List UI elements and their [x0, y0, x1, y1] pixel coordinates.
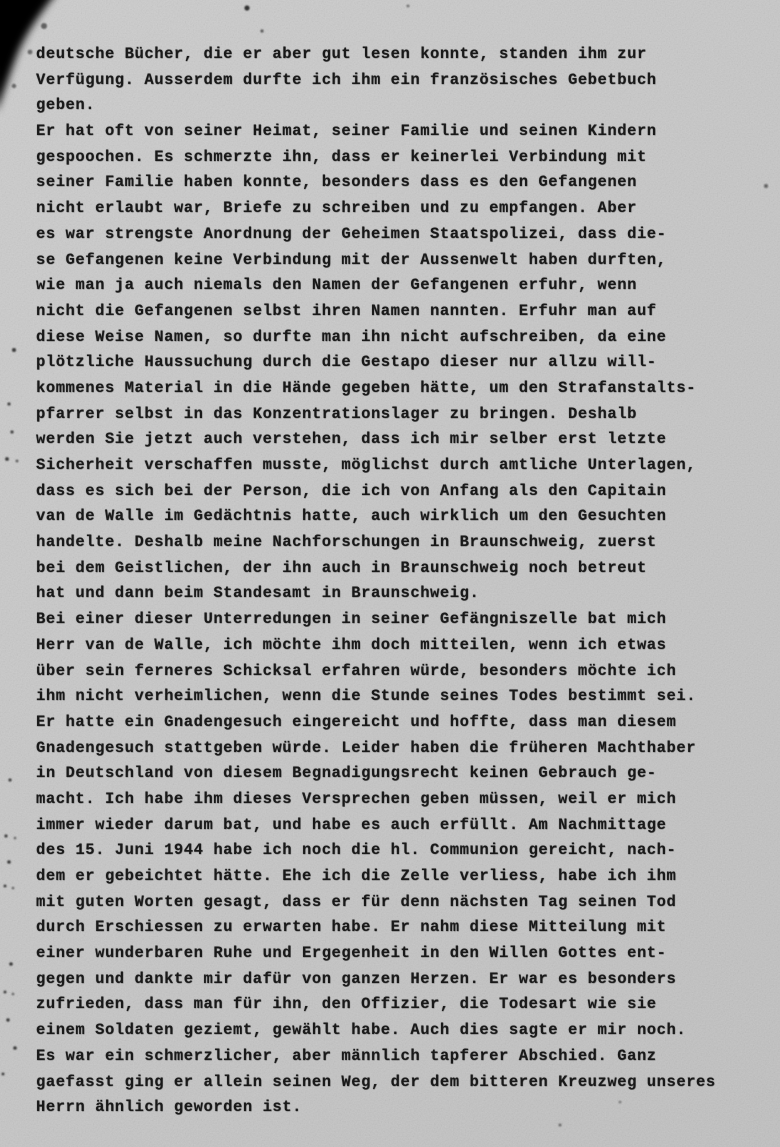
- text-line: Herrn ähnlich geworden ist.: [36, 1095, 760, 1121]
- text-line: kommenes Material in die Hände gegeben h…: [36, 376, 760, 402]
- text-line: durch Erschiessen zu erwarten habe. Er n…: [36, 915, 760, 941]
- text-line: geben.: [36, 93, 760, 119]
- text-line: einem Soldaten geziemt, gewählt habe. Au…: [36, 1018, 760, 1044]
- text-line: ihm nicht verheimlichen, wenn die Stunde…: [36, 684, 760, 710]
- text-line: gegen und dankte mir dafür von ganzen He…: [36, 967, 760, 993]
- text-line: seiner Familie haben konnte, besonders d…: [36, 170, 760, 196]
- text-line: deutsche Bücher, die er aber gut lesen k…: [36, 42, 760, 68]
- text-line: Herr van de Walle, ich möchte ihm doch m…: [36, 633, 760, 659]
- text-line: gaefasst ging er allein seinen Weg, der …: [36, 1070, 760, 1096]
- text-line: van de Walle im Gedächtnis hatte, auch w…: [36, 504, 760, 530]
- text-line: Sicherheit verschaffen musste, möglichst…: [36, 453, 760, 479]
- text-line: dass es sich bei der Person, die ich von…: [36, 479, 760, 505]
- text-line: Es war ein schmerzlicher, aber männlich …: [36, 1044, 760, 1070]
- text-line: nicht die Gefangenen selbst ihren Namen …: [36, 299, 760, 325]
- text-line: pfarrer selbst in das Konzentrationslage…: [36, 402, 760, 428]
- text-line: über sein ferneres Schicksal erfahren wü…: [36, 659, 760, 685]
- text-line: mit guten Worten gesagt, dass er für den…: [36, 890, 760, 916]
- text-line: Er hatte ein Gnadengesuch eingereicht un…: [36, 710, 760, 736]
- text-line: Er hat oft von seiner Heimat, seiner Fam…: [36, 119, 760, 145]
- text-line: se Gefangenen keine Verbindung mit der A…: [36, 248, 760, 274]
- text-line: macht. Ich habe ihm dieses Versprechen g…: [36, 787, 760, 813]
- text-line: Gnadengesuch stattgeben würde. Leider ha…: [36, 736, 760, 762]
- text-line: gespoochen. Es schmerzte ihn, dass er ke…: [36, 145, 760, 171]
- text-line: wie man ja auch niemals den Namen der Ge…: [36, 273, 760, 299]
- text-line: Bei einer dieser Unterredungen in seiner…: [36, 607, 760, 633]
- typewritten-text: deutsche Bücher, die er aber gut lesen k…: [36, 42, 760, 1121]
- text-line: diese Weise Namen, so durfte man ihn nic…: [36, 325, 760, 351]
- text-line: nicht erlaubt war, Briefe zu schreiben u…: [36, 196, 760, 222]
- text-line: handelte. Deshalb meine Nachforschungen …: [36, 530, 760, 556]
- scanned-page: deutsche Bücher, die er aber gut lesen k…: [0, 0, 780, 1147]
- text-line: plötzliche Haussuchung durch die Gestapo…: [36, 350, 760, 376]
- text-line: es war strengste Anordnung der Geheimen …: [36, 222, 760, 248]
- text-line: immer wieder darum bat, und habe es auch…: [36, 813, 760, 839]
- text-line: werden Sie jetzt auch verstehen, dass ic…: [36, 427, 760, 453]
- text-line: dem er gebeichtet hätte. Ehe ich die Zel…: [36, 864, 760, 890]
- text-line: des 15. Juni 1944 habe ich noch die hl. …: [36, 838, 760, 864]
- text-line: zufrieden, dass man für ihn, den Offizie…: [36, 992, 760, 1018]
- text-line: einer wunderbaren Ruhe und Ergegenheit i…: [36, 941, 760, 967]
- text-line: bei dem Geistlichen, der ihn auch in Bra…: [36, 556, 760, 582]
- text-line: hat und dann beim Standesamt in Braunsch…: [36, 581, 760, 607]
- text-line: in Deutschland von diesem Begnadigungsre…: [36, 761, 760, 787]
- text-line: Verfügung. Ausserdem durfte ich ihm ein …: [36, 68, 760, 94]
